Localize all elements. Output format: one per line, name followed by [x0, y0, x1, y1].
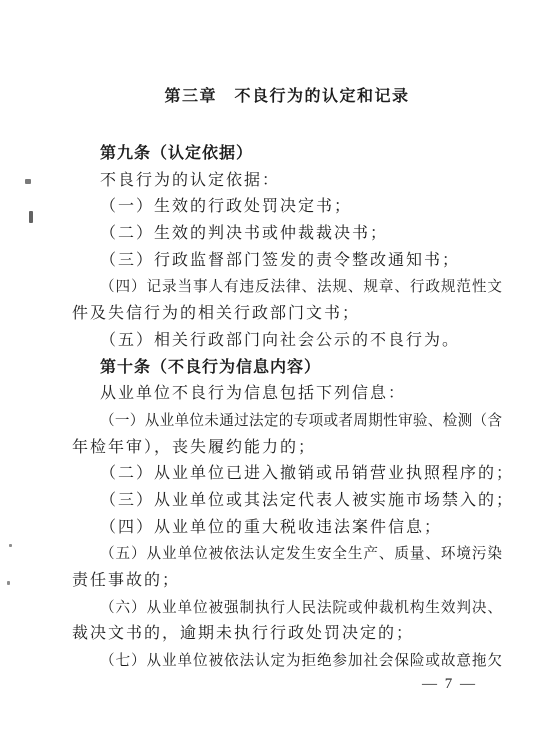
- text-line: （二）从业单位已进入撤销或吊销营业执照程序的；: [72, 461, 502, 488]
- text-line: （一）生效的行政处罚决定书；: [72, 194, 502, 221]
- text-line: 从业单位不良行为信息包括下列信息：: [72, 381, 502, 408]
- document-page: 第三章 不良行为的认定和记录 第九条（认定依据）不良行为的认定依据：（一）生效的…: [0, 0, 556, 737]
- text-line: （二）生效的判决书或仲裁裁决书；: [72, 221, 502, 248]
- text-line: 责任事故的；: [72, 568, 502, 595]
- text-line: （五）相关行政部门向社会公示的不良行为。: [72, 328, 502, 355]
- text-line: （三）从业单位或其法定代表人被实施市场禁入的；: [72, 488, 502, 515]
- text-line: 裁决文书的，逾期未执行行政处罚决定的；: [72, 621, 502, 648]
- text-line: （五）从业单位被依法认定发生安全生产、质量、环境污染: [72, 541, 502, 568]
- document-body: 第九条（认定依据）不良行为的认定依据：（一）生效的行政处罚决定书；（二）生效的判…: [72, 141, 502, 675]
- text-line: 不良行为的认定依据：: [72, 168, 502, 195]
- chapter-title: 第三章 不良行为的认定和记录: [72, 83, 502, 106]
- text-line: （四）从业单位的重大税收违法案件信息；: [72, 515, 502, 542]
- text-line: （一）从业单位未通过法定的专项或者周期性审验、检测（含: [72, 408, 502, 435]
- page-number: — 7 —: [72, 671, 502, 698]
- text-line: （六）从业单位被强制执行人民法院或仲裁机构生效判决、: [72, 595, 502, 622]
- scan-speck: [29, 211, 33, 223]
- text-line: （三）行政监督部门签发的责令整改通知书；: [72, 248, 502, 275]
- text-line: 件及失信行为的相关行政部门文书；: [72, 301, 502, 328]
- scan-speck: [7, 581, 10, 585]
- scan-speck: [25, 179, 31, 184]
- article-heading: 第十条（不良行为信息内容）: [72, 355, 502, 382]
- text-line: 年检年审），丧失履约能力的；: [72, 435, 502, 462]
- text-line: （四）记录当事人有违反法律、法规、规章、行政规范性文: [72, 274, 502, 301]
- article-heading: 第九条（认定依据）: [72, 141, 502, 168]
- scan-speck: [9, 544, 12, 547]
